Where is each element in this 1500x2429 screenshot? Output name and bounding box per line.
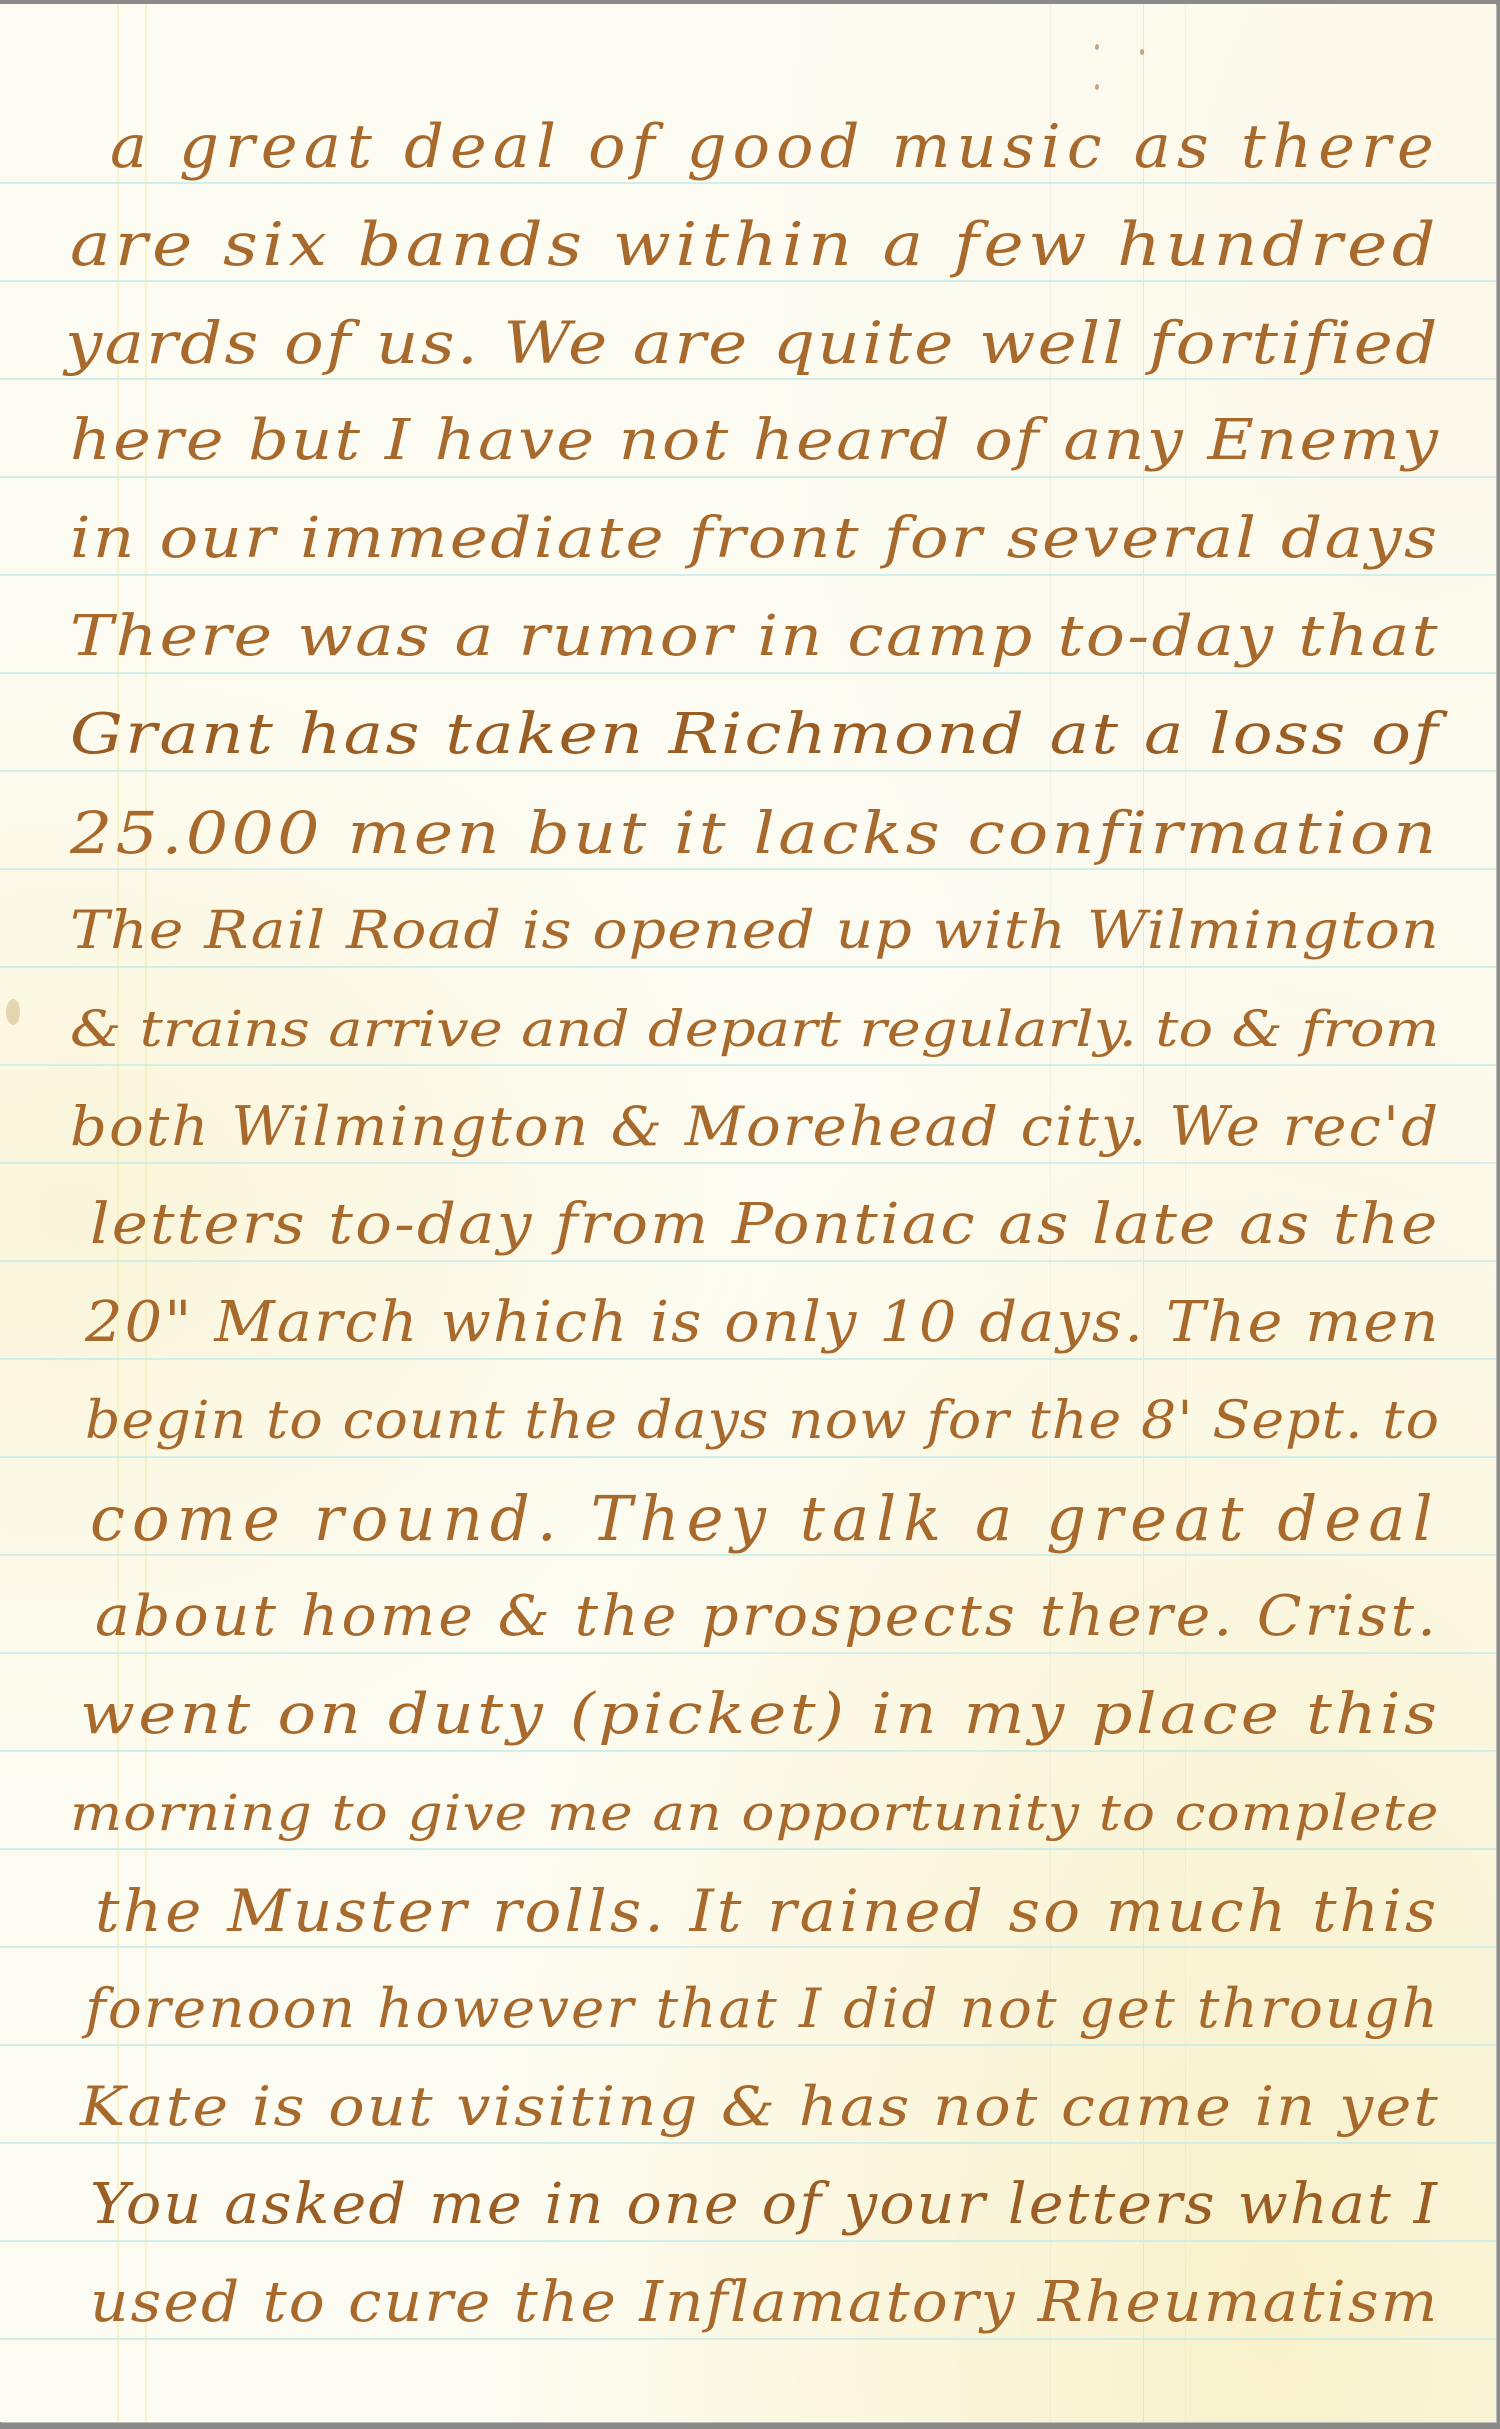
ruled-line xyxy=(0,1260,1496,1262)
text-line: Kate is out visiting & has not came in y… xyxy=(80,2072,1440,2142)
ruled-line xyxy=(0,1652,1496,1654)
ruled-line xyxy=(0,868,1496,870)
ruled-line xyxy=(0,1064,1496,1066)
text-line: begin to count the days now for the 8' S… xyxy=(85,1386,1440,1456)
text-line: Grant has taken Richmond at a loss of xyxy=(70,700,1440,770)
text-line: morning to give me an opportunity to com… xyxy=(70,1778,1440,1848)
ink-speck xyxy=(1095,44,1099,50)
ruled-line xyxy=(0,1750,1496,1752)
text-line: & trains arrive and depart regularly. to… xyxy=(70,994,1439,1064)
letter-page: a great deal of good music as there are … xyxy=(0,4,1496,2422)
text-line: in our immediate front for several days xyxy=(70,504,1439,574)
text-line: 25.000 men but it lacks confirmation xyxy=(70,798,1440,868)
ruled-line xyxy=(0,574,1496,576)
ruled-line xyxy=(0,2338,1496,2340)
text-line: the Muster rolls. It rained so much this xyxy=(95,1876,1439,1946)
text-line: forenoon however that I did not get thro… xyxy=(85,1974,1440,2044)
ruled-line xyxy=(0,966,1496,968)
text-line: come round. They talk a great deal xyxy=(90,1484,1440,1554)
text-line: You asked me in one of your letters what… xyxy=(90,2170,1439,2240)
ruled-line xyxy=(0,378,1496,380)
ruled-line xyxy=(0,2044,1496,2046)
text-line: about home & the prospects there. Crist. xyxy=(95,1582,1439,1652)
ruled-line xyxy=(0,770,1496,772)
ink-speck xyxy=(1140,49,1144,55)
ruled-line xyxy=(0,1358,1496,1360)
ruled-line xyxy=(0,476,1496,478)
text-line: yards of us. We are quite well fortified xyxy=(65,308,1440,378)
ruled-line xyxy=(0,1162,1496,1164)
text-line: went on duty (picket) in my place this xyxy=(80,1680,1440,1750)
text-line: both Wilmington & Morehead city. We rec'… xyxy=(70,1092,1440,1162)
text-line: There was a rumor in camp to-day that xyxy=(70,602,1440,672)
text-line: used to cure the Inflamatory Rheumatism xyxy=(90,2268,1440,2338)
ruled-line xyxy=(0,280,1496,282)
ruled-line xyxy=(0,1946,1496,1948)
text-line: letters to-day from Pontiac as late as t… xyxy=(90,1190,1439,1260)
text-line: a great deal of good music as there xyxy=(110,112,1440,182)
ruled-line xyxy=(0,182,1496,184)
ruled-line xyxy=(0,1456,1496,1458)
ruled-line xyxy=(0,2240,1496,2242)
text-line: The Rail Road is opened up with Wilmingt… xyxy=(70,896,1440,966)
ruled-line xyxy=(0,672,1496,674)
ruled-line xyxy=(0,2142,1496,2144)
ruled-line xyxy=(0,1848,1496,1850)
text-line: here but I have not heard of any Enemy xyxy=(70,406,1440,476)
text-line: are six bands within a few hundred xyxy=(70,210,1440,280)
ink-stain xyxy=(6,999,20,1025)
ink-speck xyxy=(1095,84,1099,90)
text-line: 20" March which is only 10 days. The men xyxy=(85,1288,1440,1358)
